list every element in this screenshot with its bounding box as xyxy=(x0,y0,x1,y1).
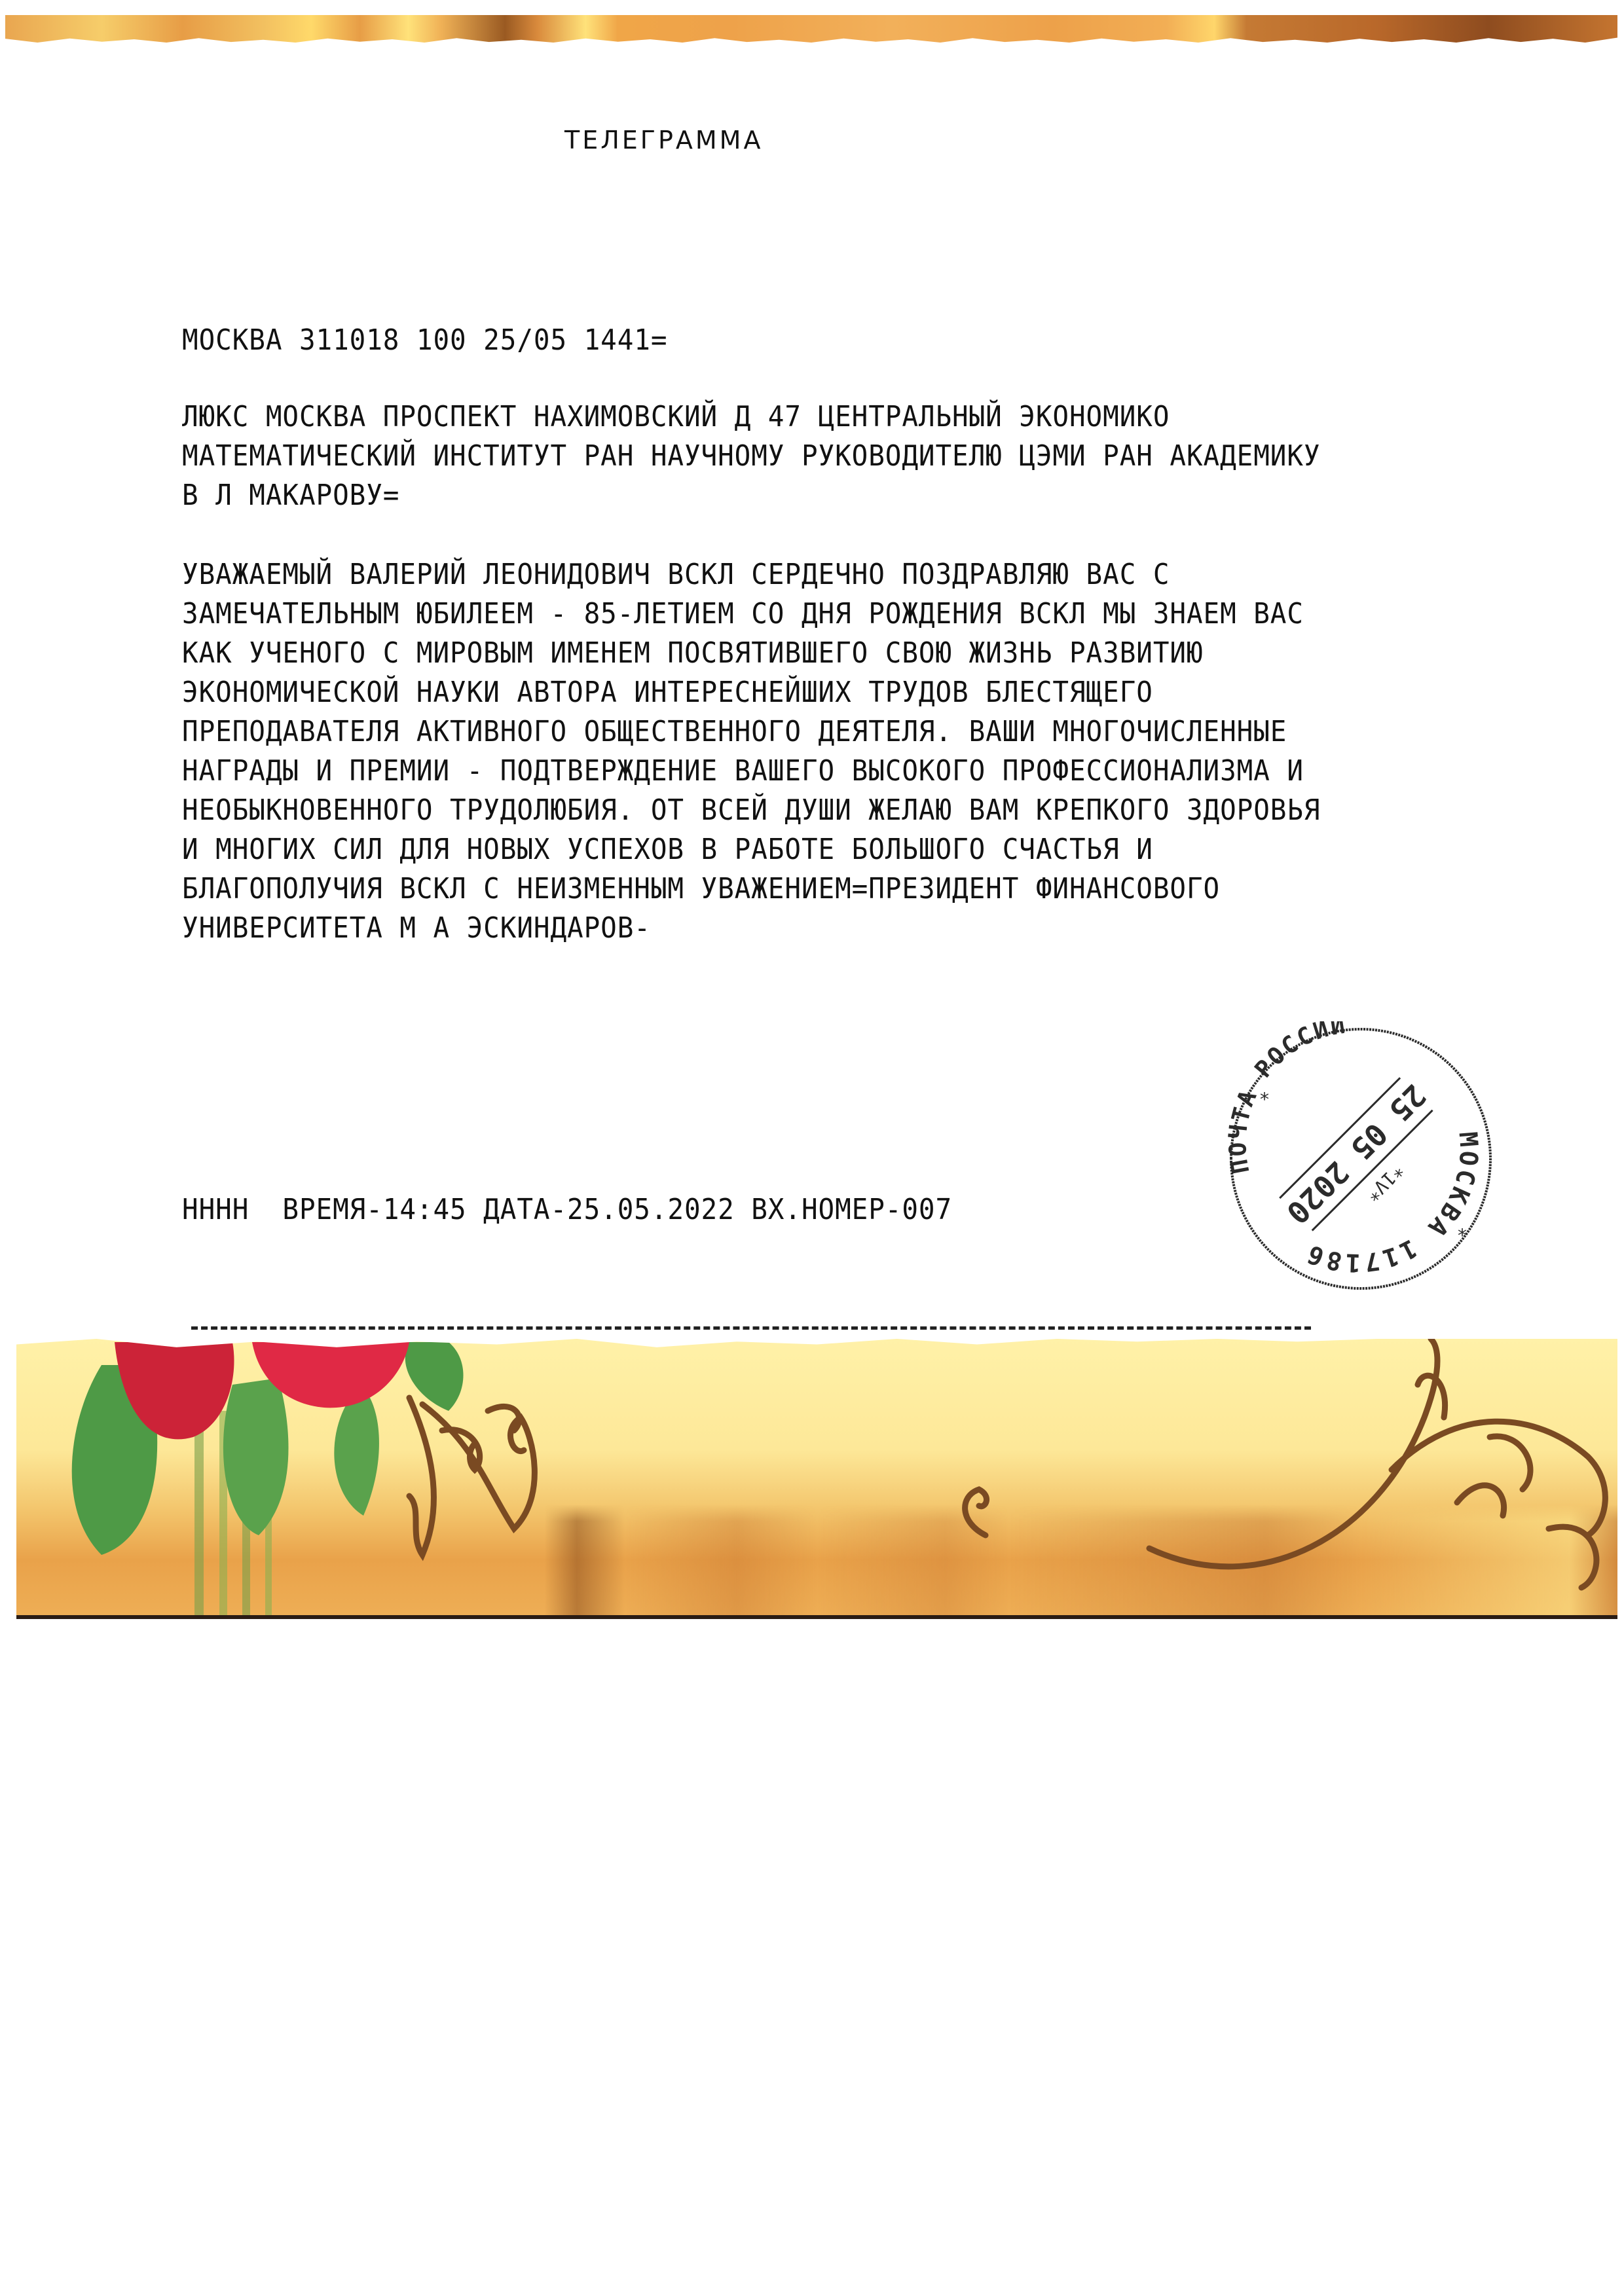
stamp-post-text: ПОЧТА РОССИИ xyxy=(1225,1021,1348,1176)
address-line: МАТЕМАТИЧЕСКИЙ ИНСТИТУТ РАН НАУЧНОМУ РУК… xyxy=(182,437,1320,476)
body-line: УНИВЕРСИТЕТА М А ЭСКИНДАРОВ- xyxy=(182,909,1320,948)
message-body: УВАЖАЕМЫЙ ВАЛЕРИЙ ЛЕОНИДОВИЧ ВСКЛ СЕРДЕЧ… xyxy=(182,555,1406,948)
cut-line-divider xyxy=(191,1326,1311,1330)
body-line: НЕОБЫКНОВЕННОГО ТРУДОЛЮБИЯ. ОТ ВСЕЙ ДУШИ… xyxy=(182,791,1320,830)
telegram-footer-line: НННН ВРЕМЯ-14:45 ДАТА-25.05.2022 ВХ.НОМЕ… xyxy=(182,1190,952,1230)
telegram-header-line: МОСКВА 311018 100 25/05 1441= xyxy=(182,321,667,360)
body-line: И МНОГИХ СИЛ ДЛЯ НОВЫХ УСПЕХОВ В РАБОТЕ … xyxy=(182,830,1320,869)
postal-stamp: МОСКВА 117186 ПОЧТА РОССИИ *1V* 25 05 20… xyxy=(1223,1021,1498,1296)
svg-text:*: * xyxy=(1458,1218,1467,1240)
stamp-date: 25 05 2020 xyxy=(1280,1078,1433,1231)
body-line: НАГРАДЫ И ПРЕМИИ - ПОДТВЕРЖДЕНИЕ ВАШЕГО … xyxy=(182,752,1320,791)
body-line: УВАЖАЕМЫЙ ВАЛЕРИЙ ЛЕОНИДОВИЧ ВСКЛ СЕРДЕЧ… xyxy=(182,555,1320,594)
decorative-card-strip xyxy=(16,1339,1617,1619)
svg-text:ПОЧТА РОССИИ: ПОЧТА РОССИИ xyxy=(1225,1021,1348,1176)
top-decorative-band xyxy=(5,15,1617,43)
body-line: ЗАМЕЧАТЕЛЬНЫМ ЮБИЛЕЕМ - 85-ЛЕТИЕМ СО ДНЯ… xyxy=(182,594,1320,634)
body-line: БЛАГОПОЛУЧИЯ ВСКЛ С НЕИЗМЕННЫМ УВАЖЕНИЕМ… xyxy=(182,869,1320,909)
swirl-ornament-icon xyxy=(409,1339,1605,1588)
rose-decoration xyxy=(16,1339,1617,1615)
svg-text:*: * xyxy=(1260,1082,1269,1104)
body-line: КАК УЧЕНОГО С МИРОВЫМ ИМЕНЕМ ПОСВЯТИВШЕГ… xyxy=(182,634,1320,673)
address-line: ЛЮКС МОСКВА ПРОСПЕКТ НАХИМОВСКИЙ Д 47 ЦЕ… xyxy=(182,397,1320,437)
body-line: ЭКОНОМИЧЕСКОЙ НАУКИ АВТОРА ИНТЕРЕСНЕЙШИХ… xyxy=(182,673,1320,712)
body-line: ПРЕПОДАВАТЕЛЯ АКТИВНОГО ОБЩЕСТВЕННОГО ДЕ… xyxy=(182,712,1320,752)
address-line: В Л МАКАРОВУ= xyxy=(182,476,1320,515)
document-type-title: ТЕЛЕГРАММА xyxy=(564,126,763,155)
address-block: ЛЮКС МОСКВА ПРОСПЕКТ НАХИМОВСКИЙ Д 47 ЦЕ… xyxy=(182,397,1406,515)
telegram-page: ТЕЛЕГРАММА МОСКВА 311018 100 25/05 1441=… xyxy=(0,0,1624,2296)
